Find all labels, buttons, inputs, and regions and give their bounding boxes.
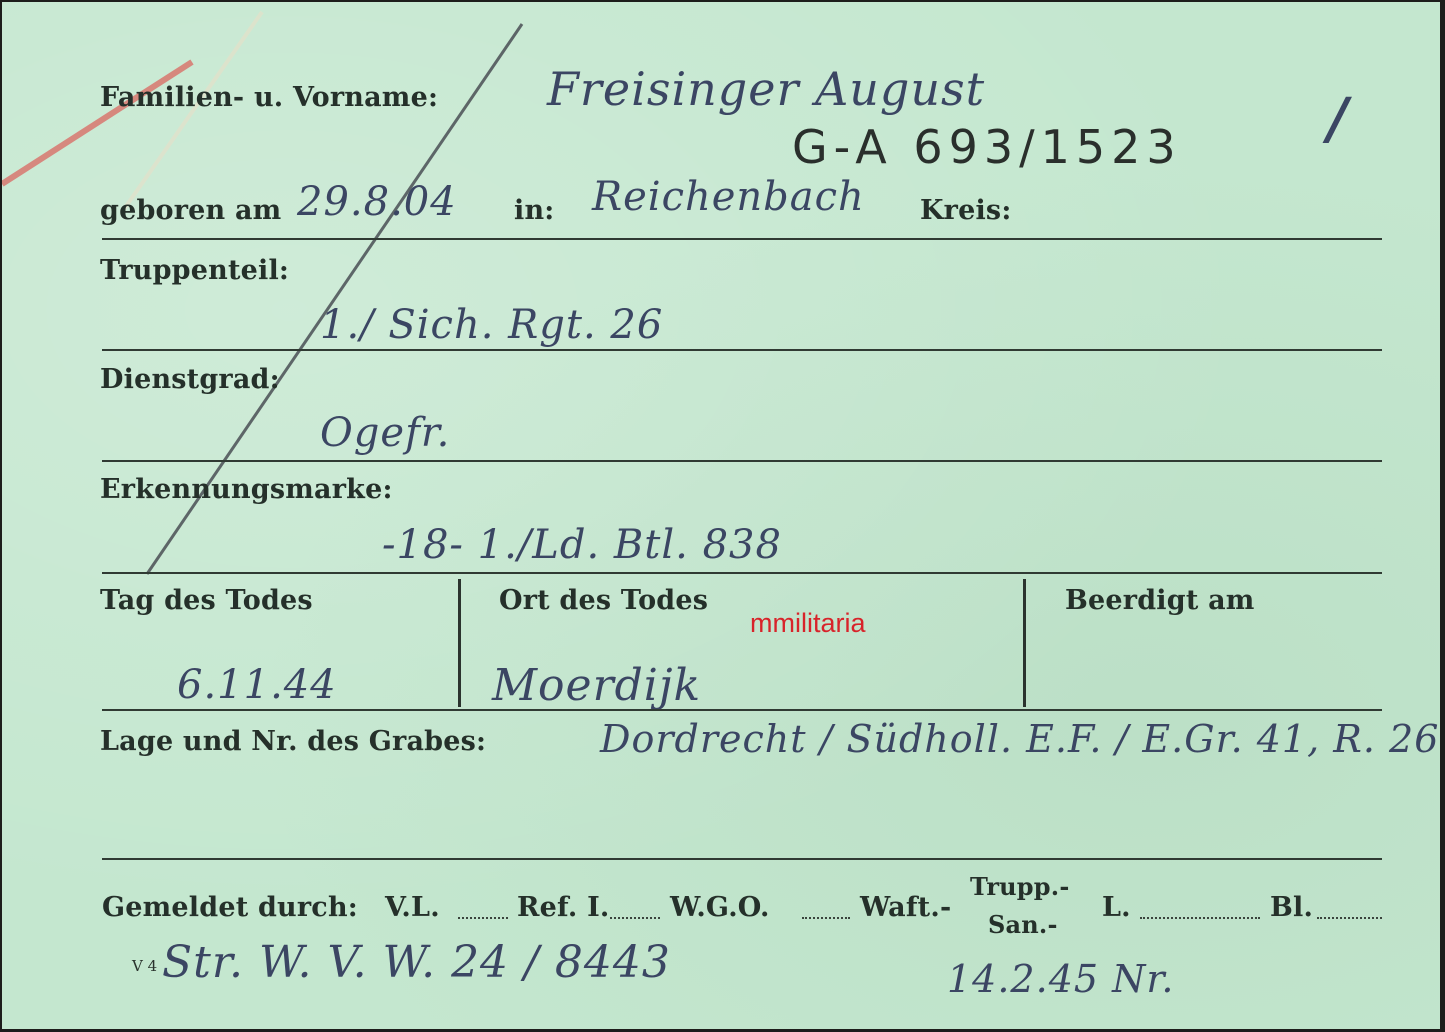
label-san: San.- [988,910,1058,939]
fill-dots [1140,916,1260,919]
label-rank: Dienstgrad: [100,364,280,395]
label-buried-on: Beerdigt am [1065,585,1255,616]
rule-line [102,572,1382,574]
label-vl: V.L. [385,892,440,923]
label-reported-by: Gemeldet durch: [102,892,358,923]
label-l: L. [1102,892,1131,923]
fill-dots [458,916,508,919]
grave-registration-card: Familien- u. Vorname: Freisinger August … [2,2,1440,1029]
fill-dots [802,916,850,919]
label-death-place: Ort des Todes [499,585,708,616]
rule-line [102,709,1382,711]
label-id-tag: Erkennungsmarke: [100,474,393,505]
watermark: mmilitaria [750,608,866,639]
value-unit: 1./ Sich. Rgt. 26 [320,302,663,348]
value-born-date: 29.8.04 [297,179,457,225]
fill-dots [610,916,660,919]
rule-line [102,238,1382,240]
rule-line [102,858,1382,860]
value-death-day: 6.11.44 [177,662,337,708]
value-name: Freisinger August [547,62,985,116]
value-reported-ref: Str. W. V. W. 24 / 8443 [162,937,671,988]
label-waft: Waft.- [860,892,951,923]
red-pencil-stroke [2,62,192,184]
value-id-tag: -18- 1./Ld. Btl. 838 [382,522,782,568]
label-bl: Bl. [1270,892,1313,923]
value-born-place: Reichenbach [592,174,865,220]
label-name: Familien- u. Vorname: [100,82,438,113]
rule-line [102,460,1382,462]
pencil-strokes [2,2,1440,1029]
label-death-day: Tag des Todes [100,585,313,616]
label-born: geboren am [100,195,281,226]
file-number-stamp: G-A 693/1523 [792,120,1182,174]
label-grave: Lage und Nr. des Grabes: [100,726,486,757]
value-reported-date: 14.2.45 Nr. [947,957,1174,1001]
label-district: Kreis: [920,195,1012,226]
value-death-place: Moerdijk [492,660,701,711]
column-divider [1023,579,1026,707]
column-divider [458,579,461,707]
label-trupp: Trupp.- [970,872,1070,901]
fill-dots [1317,916,1382,919]
label-unit: Truppenteil: [100,255,289,286]
value-rank: Ogefr. [320,410,450,456]
label-ref: Ref. I. [517,892,610,923]
value-grave: Dordrecht / Südholl. E.F. / E.Gr. 41, R.… [600,717,1439,761]
file-check-mark: / [1327,86,1348,152]
rule-line [102,349,1382,351]
label-wgo: W.G.O. [670,892,770,923]
form-code: V 4 [132,957,157,975]
label-born-in: in: [514,195,554,226]
